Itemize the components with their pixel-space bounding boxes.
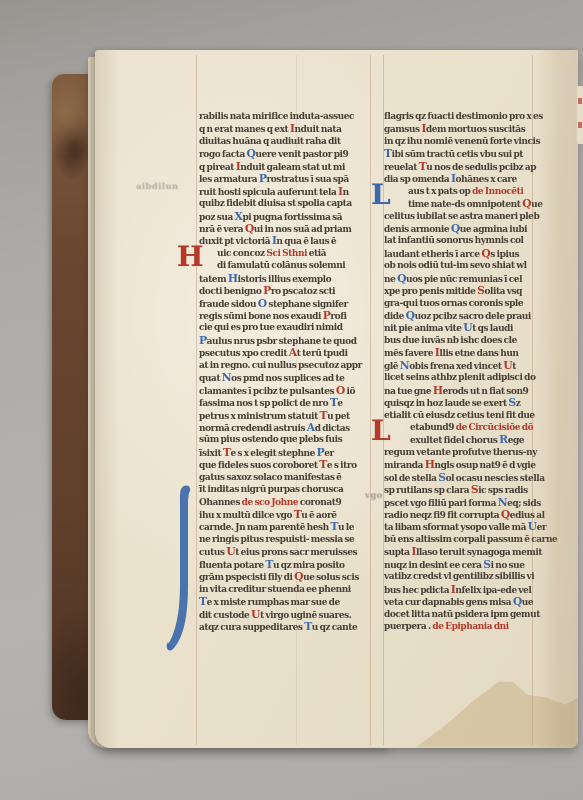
text-line: vatibz credst vl gentilibz sibillis vi [384, 571, 565, 583]
body-text: normā credendi astruis [199, 424, 307, 434]
body-text: carnde. Jn nam parentē hesh [199, 523, 330, 533]
body-text: ne [384, 275, 397, 285]
body-text: rofi [330, 312, 346, 322]
body-text: exultet fidel chorus [410, 436, 499, 446]
rubric-text: de sco Johne [242, 498, 299, 508]
versal-letter: U [463, 321, 472, 334]
text-line: Tibi sūm tractū cetis vbu sui pt [384, 148, 565, 160]
text-line: ob nois odiū tui-im sevo shiat wl [384, 260, 565, 272]
body-text: psecutus xpo credit [199, 349, 289, 359]
body-text: flagris qz fuacti destimonio pro x es [384, 112, 543, 122]
body-text: ob nois odiū tui-im sevo shiat wl [384, 261, 527, 271]
body-text: dia sp omenda [384, 175, 451, 185]
text-line: ne Quos pie nūc remunias ī cel [384, 273, 565, 285]
body-text: mēs favere [384, 349, 435, 359]
text-line: petrus x ministrum statuit Tu pet [199, 410, 380, 422]
versal-letter: R [499, 433, 508, 446]
body-text: etiā [307, 249, 326, 259]
versal-letter: O [258, 297, 267, 310]
facing-page-sliver [577, 86, 583, 144]
body-text: nuqz in desint ee cera [384, 561, 483, 571]
body-text: in vita creditur stuenda ee phenni [199, 585, 351, 595]
versal-letter: N [400, 359, 409, 372]
text-line: q pireat Induit galeam stat ut mi [199, 161, 380, 173]
text-line: quat Nos pmd nos suplices ad te [199, 372, 380, 384]
body-text: e [337, 399, 342, 409]
versal-letter: N [498, 496, 507, 509]
body-text: miranda [384, 461, 425, 471]
body-text: dem mortuos suscitās [426, 125, 525, 135]
body-text: lat infantiū sonorus hymnis col [384, 236, 524, 246]
versal-letter: Q [481, 247, 490, 260]
versal-letter: T [320, 409, 328, 422]
body-text: ihu x multū dilce vgo [199, 511, 294, 521]
body-text: nit pie anima vite [384, 324, 463, 334]
body-text: quibz fidebit diuisa st spolia capta [199, 199, 352, 209]
body-text: u qz mira posito [273, 561, 345, 571]
text-line: pscet vgo filiū pari forma Neq; sids [384, 497, 565, 509]
text-line: lat infantiū sonorus hymnis col [384, 235, 565, 247]
body-text: etabund9 [410, 423, 456, 433]
text-line: na tue gne Herods ut n fiat son9 [384, 385, 565, 397]
body-text: u le [338, 523, 354, 533]
body-text: ol ocasu nescies stella [446, 474, 545, 484]
text-line: etabund9 de Circūcisiōe dō [384, 422, 565, 434]
body-text: q pireat [199, 163, 236, 173]
text-line: atqz cura suppeditares Tu qz cante [199, 621, 380, 633]
body-text: ue [531, 200, 542, 210]
manuscript-page: aibdilun vgo rabilis nata mirifice indut… [95, 50, 578, 748]
text-line: glē Nobis frena xed vincet Ut [384, 360, 565, 372]
body-text: Ohannes [199, 498, 242, 508]
body-text: sp rutilans sp clara [384, 486, 471, 496]
body-text: xpe pro penis mitide [384, 287, 477, 297]
body-text: ro pscatoz scti [271, 287, 335, 297]
text-line: mēs favere Illis etne dans hun [384, 347, 565, 359]
body-text: ege [508, 436, 524, 446]
text-line: psecutus xpo credit At terū tpudi [199, 347, 380, 359]
photo-background: { "colors": { "background_gray": "#b1afa… [0, 0, 583, 800]
versal-letter: Q [247, 147, 256, 160]
versal-letter: U [251, 608, 260, 621]
versal-letter: Q [451, 222, 460, 235]
body-text: radio neqz fi9 fit corrupta [384, 511, 501, 521]
text-line: Ohannes de sco Johne coronat9 [199, 497, 380, 509]
versal-letter: P [199, 334, 207, 347]
text-line: docti benigno Pro pscatoz scti [199, 285, 380, 297]
body-text: etialit cū eiusdz cetius teni fit due [384, 411, 535, 421]
versal-letter: U [226, 545, 235, 558]
body-text: petrus x ministrum statuit [199, 412, 320, 422]
body-text: i no sue [491, 561, 525, 571]
versal-letter: S [508, 396, 515, 409]
body-text: diuitas huāna q audiuit raha dit [199, 137, 341, 147]
body-text: gra-qui tuos ornas coronis sple [384, 299, 523, 309]
rubric-text: de Innocēti [472, 187, 523, 197]
text-line: cie qui es pro tue exaudiri nimid [199, 322, 380, 334]
body-text: sūm pius ostendo que plebs fuis [199, 435, 342, 445]
body-text: supta [384, 548, 411, 558]
text-line: veta cur dapnabis gens misa Que [384, 596, 565, 608]
body-text: e s x elegit stephne [230, 449, 316, 459]
ruling-line [196, 55, 197, 745]
text-line: regum vetante profutve therus-ny [384, 447, 565, 459]
body-text: ue solus scis [303, 573, 359, 583]
body-text: nduit galeam stat ut mi [240, 163, 345, 173]
versal-letter: T [384, 147, 392, 160]
body-text: regis sūmi bone nos exaudi [199, 312, 323, 322]
body-text: e x miste rumphas mar sue de [207, 598, 340, 608]
body-text: bus due iuvās nb ishc does cle [384, 336, 517, 346]
body-text: olita vsq [484, 287, 522, 297]
body-text: celitus iubilat se astra maneri pleb [384, 212, 539, 222]
text-line: flagris qz fuacti destimonio pro x es [384, 111, 565, 123]
versal-letter: Q [245, 222, 254, 235]
text-line: fraude sidou O stephane signifer [199, 298, 380, 310]
drop-cap-h: H [177, 244, 203, 270]
text-line: etialit cū eiusdz cetius teni fit due [384, 410, 565, 422]
body-text: uos pie nūc remunias ī cel [406, 275, 522, 285]
body-text: iō [345, 387, 355, 397]
body-text: glē [384, 362, 400, 372]
text-column-right: flagris qz fuacti destimonio pro x esgam… [384, 111, 565, 633]
versal-letter: T [199, 595, 207, 608]
text-line: cutus Ut eius prons sacr meruisses [199, 546, 380, 558]
body-text: t [512, 362, 516, 372]
text-line: bus hec pdicta Infelix ipa-ede vel [384, 584, 565, 596]
body-text: tatem [199, 275, 228, 285]
body-text: stephane signifer [267, 300, 348, 310]
body-text: clamantes ī pcibz te pulsantes [199, 387, 336, 397]
rubric-text: Sci Sthni [266, 249, 307, 259]
body-text: vatibz credst vl gentilibz sibillis vi [384, 572, 534, 582]
text-line: īsixit Te s x elegit stephne Per [199, 447, 380, 459]
text-line: fluenta potare Tu qz mira posito [199, 559, 380, 571]
text-line: nrā ē vera Qui in nos suā ad priam [199, 223, 380, 235]
versal-letter: T [265, 558, 273, 571]
text-line: nit pie anima vite Ut qs laudi [384, 322, 565, 334]
text-line: denis armonie Que agmina iubi [384, 223, 565, 235]
body-text: nduit nata [295, 125, 342, 135]
versal-letter: U [528, 520, 537, 533]
body-text: sol de stella [384, 474, 438, 484]
text-line: bus due iuvās nb ishc does cle [384, 335, 565, 347]
text-line: sp rutilans sp clara Sic sps radis [384, 484, 565, 496]
text-line: in vita creditur stuenda ee phenni [199, 584, 380, 596]
body-text: u qz cante [312, 623, 357, 633]
body-text: nrā ē vera [199, 225, 245, 235]
versal-letter: Q [501, 508, 510, 521]
body-text: t qs laudi [472, 324, 513, 334]
text-line: normā credendi astruis Ad dictas [199, 422, 380, 434]
body-text: in qz ihu nomiē venenū forte vincis [384, 137, 540, 147]
body-text: fraude sidou [199, 300, 258, 310]
text-line: īt inditas nigrū purpas chorusca [199, 484, 380, 496]
versal-letter: Q [397, 272, 406, 285]
body-text: fassima nos t sp polict de nro [199, 399, 330, 409]
versal-letter: A [289, 346, 297, 359]
body-text: fluenta potare [199, 561, 265, 571]
text-line: duxit pt victoriā In qua ē laus ē [199, 235, 380, 247]
body-text: llaso teruit synagoga memit [416, 548, 542, 558]
body-text: docet litta natū psidera ipm gemut [384, 610, 540, 620]
text-line: tatem Historis illius exemplo [199, 273, 380, 285]
rubric-text: de Circūcisiōe dō [456, 423, 533, 433]
text-line: ihu x multū dilce vgo Tu ē aorē [199, 509, 380, 521]
drop-cap-j-icon [165, 484, 195, 660]
body-text: regum vetante profutve therus-ny [384, 448, 537, 458]
body-text: ui in nos suā ad priam [254, 225, 352, 235]
body-text: u nos de sedulis pcibz ap [426, 163, 536, 173]
body-text: uic concoz [217, 249, 266, 259]
text-line: laudant etheris ī arce Qs ipius [384, 248, 565, 260]
body-text: poz sua [199, 213, 235, 223]
versal-letter: N [222, 371, 231, 384]
body-text: eq; sids [507, 499, 541, 509]
text-line: carnde. Jn nam parentē hesh Tu le [199, 521, 380, 533]
body-text: pi pugna fortissima sā [242, 213, 342, 223]
body-text: di famulatū colānus solemni [217, 261, 345, 271]
body-text: bū ens altissim corpali passum ē carne [384, 535, 557, 545]
text-line: Te x miste rumphas mar sue de [199, 596, 380, 608]
text-line: les armatura Prostratus ī sua spā [199, 173, 380, 185]
body-text: īsixit [199, 449, 223, 459]
body-text: laudant etheris ī arce [384, 250, 481, 260]
body-text: ue agmina iubi [460, 225, 527, 235]
text-line: clamantes ī pcibz te pulsantes O iō [199, 385, 380, 397]
text-column-left: rabilis nata mirifice induta-assuecq n e… [199, 111, 380, 633]
body-text: atqz cura suppeditares [199, 623, 304, 633]
text-line: q n erat manes q ext Induit nata [199, 123, 380, 135]
body-text: īt inditas nigrū purpas chorusca [199, 485, 343, 495]
versal-letter: S [438, 471, 445, 484]
text-line: regis sūmi bone nos exaudi Profi [199, 310, 380, 322]
text-line: in qz ihu nomiē venenū forte vincis [384, 136, 565, 148]
body-text: ta libam sformat ysopo valle mā [384, 523, 528, 533]
margin-note-showthrough: aibdilun [136, 182, 179, 192]
body-text: uoz pcibz sacro dele praui [415, 312, 531, 322]
body-text: dide [384, 312, 406, 322]
text-line: ta libam sformat ysopo valle mā Uer [384, 521, 565, 533]
drop-cap-l: L [371, 418, 391, 444]
body-text: coronat9 [298, 498, 341, 508]
text-line: dia sp omenda Iohānes x care [384, 173, 565, 185]
versal-letter: O [336, 384, 345, 397]
body-text: istoris illius exemplo [238, 275, 332, 285]
body-text: uere venit pastor pi9 [256, 150, 349, 160]
body-text: dit custode [199, 611, 251, 621]
versal-letter: Q [513, 595, 522, 608]
versal-letter: T [330, 520, 338, 533]
body-text: quat [199, 374, 222, 384]
body-text: er [537, 523, 547, 533]
text-line: que fideles suos coroboret Te s itro [199, 459, 380, 471]
body-text: t eius prons sacr meruisses [235, 548, 357, 558]
text-line: licet seins athbz plenit adipisci do [384, 372, 565, 384]
body-text: ibi sūm tractū cetis vbu sui pt [392, 150, 523, 160]
body-text: denis armonie [384, 225, 451, 235]
body-text: n qua ē laus ē [276, 237, 336, 247]
text-line: radio neqz fi9 fit corrupta Qedius al [384, 509, 565, 521]
text-line: exultet fidel chorus Rege [384, 434, 565, 446]
text-line: quibz fidebit diuisa st spolia capta [199, 198, 380, 210]
body-text: pscet vgo filiū pari forma [384, 499, 498, 509]
versal-letter: P [259, 172, 267, 185]
text-line: gatus saxoz solaco manifestas ē [199, 472, 380, 484]
body-text: cutus [199, 548, 226, 558]
text-line: di famulatū colānus solemni [199, 260, 380, 272]
parchment-stain [415, 676, 578, 748]
text-line: quisqz in hoz laude se exert Sz [384, 397, 565, 409]
text-line: ruit hosti spicula auferunt tela In [199, 186, 380, 198]
body-text: ne ringis pitus respuisti- messia se [199, 535, 354, 545]
body-text: ohānes x care [456, 175, 517, 185]
text-line: nuqz in desint ee cera Si no sue [384, 559, 565, 571]
body-text: gamsus [384, 125, 421, 135]
versal-letter: H [228, 272, 238, 285]
body-text: ngls osup nat9 ē d vgie [434, 461, 535, 471]
versal-letter: A [307, 421, 315, 434]
body-text: licet seins athbz plenit adipisci do [384, 373, 536, 383]
body-text: les armatura [199, 175, 259, 185]
versal-letter: T [319, 458, 327, 471]
text-line: poz sua Xpi pugna fortissima sā [199, 211, 380, 223]
body-text: docti benigno [199, 287, 263, 297]
body-text: duxit pt victoriā [199, 237, 272, 247]
body-text: u pet [327, 412, 350, 422]
body-text: quisqz in hoz laude se exert [384, 399, 508, 409]
body-text: rabilis nata mirifice induta-assuec [199, 112, 354, 122]
body-text: time nate-ds omnipotent [408, 200, 522, 210]
versal-letter: Q [294, 570, 303, 583]
text-line: dide Quoz pcibz sacro dele praui [384, 310, 565, 322]
text-line: reuelat Tu nos de sedulis pcibz ap [384, 161, 565, 173]
body-text: que fideles suos coroboret [199, 461, 319, 471]
text-line: celitus iubilat se astra maneri pleb [384, 211, 565, 223]
body-text: aulus nrus psbr stephane te quod [207, 337, 357, 347]
body-text: puerpera . [384, 622, 432, 632]
body-text: ruit hosti spicula auferunt tela [199, 188, 338, 198]
body-text: os pmd nos suplices ad te [231, 374, 344, 384]
drop-cap-l: L [371, 182, 391, 208]
body-text: gatus saxoz solaco manifestas ē [199, 473, 341, 483]
text-line: rogo facta Quere venit pastor pi9 [199, 148, 380, 160]
versal-letter: P [263, 284, 271, 297]
versal-letter: U [503, 359, 512, 372]
body-text: t terū tpudi [297, 349, 348, 359]
body-text: bus hec pdicta [384, 586, 451, 596]
text-line: aus t x pats op de Innocēti [384, 186, 565, 198]
text-line: dit custode Ut virgo uginē suares. [199, 609, 380, 621]
versal-letter: S [483, 558, 490, 571]
body-text: e s itro [327, 461, 357, 471]
versal-letter: H [433, 384, 443, 397]
body-text: at in regno. cui nullus psecutoz appr [199, 361, 362, 371]
text-line: xpe pro penis mitide Solita vsq [384, 285, 565, 297]
versal-letter: T [304, 620, 312, 633]
body-text: cie qui es pro tue exaudiri nimid [199, 323, 343, 333]
body-text: reuelat [384, 163, 419, 173]
body-text: aus t x pats op [408, 187, 472, 197]
body-text: n [343, 188, 349, 198]
text-line: docet litta natū psidera ipm gemut [384, 609, 565, 621]
body-text: s ipius [490, 250, 519, 260]
versal-letter: Q [522, 197, 531, 210]
body-text: rostratus ī sua spā [267, 175, 349, 185]
text-line: gamsus Idem mortuos suscitās [384, 123, 565, 135]
text-line: puerpera . de Epiphania dni [384, 621, 565, 633]
rubric-text: de Epiphania dni [432, 622, 508, 632]
text-line: fassima nos t sp polict de nro Te [199, 397, 380, 409]
body-text: z [516, 399, 521, 409]
body-text: na tue gne [384, 387, 433, 397]
body-text: d dictas [315, 424, 350, 434]
text-line: time nate-ds omnipotent Que [384, 198, 565, 210]
body-text: obis frena xed vincet [409, 362, 503, 372]
body-text: ue [522, 598, 533, 608]
body-text: veta cur dapnabis gens misa [384, 598, 513, 608]
text-line: diuitas huāna q audiuit raha dit [199, 136, 380, 148]
text-line: uic concoz Sci Sthni etiā [199, 248, 380, 260]
text-line: supta Illaso teruit synagoga memit [384, 546, 565, 558]
text-line: grām pspecisti fily di Que solus scis [199, 571, 380, 583]
versal-letter: Q [406, 309, 415, 322]
body-text: q n erat manes q ext [199, 125, 290, 135]
text-line: miranda Hngls osup nat9 ē d vgie [384, 459, 565, 471]
body-text: grām pspecisti fily di [199, 573, 294, 583]
